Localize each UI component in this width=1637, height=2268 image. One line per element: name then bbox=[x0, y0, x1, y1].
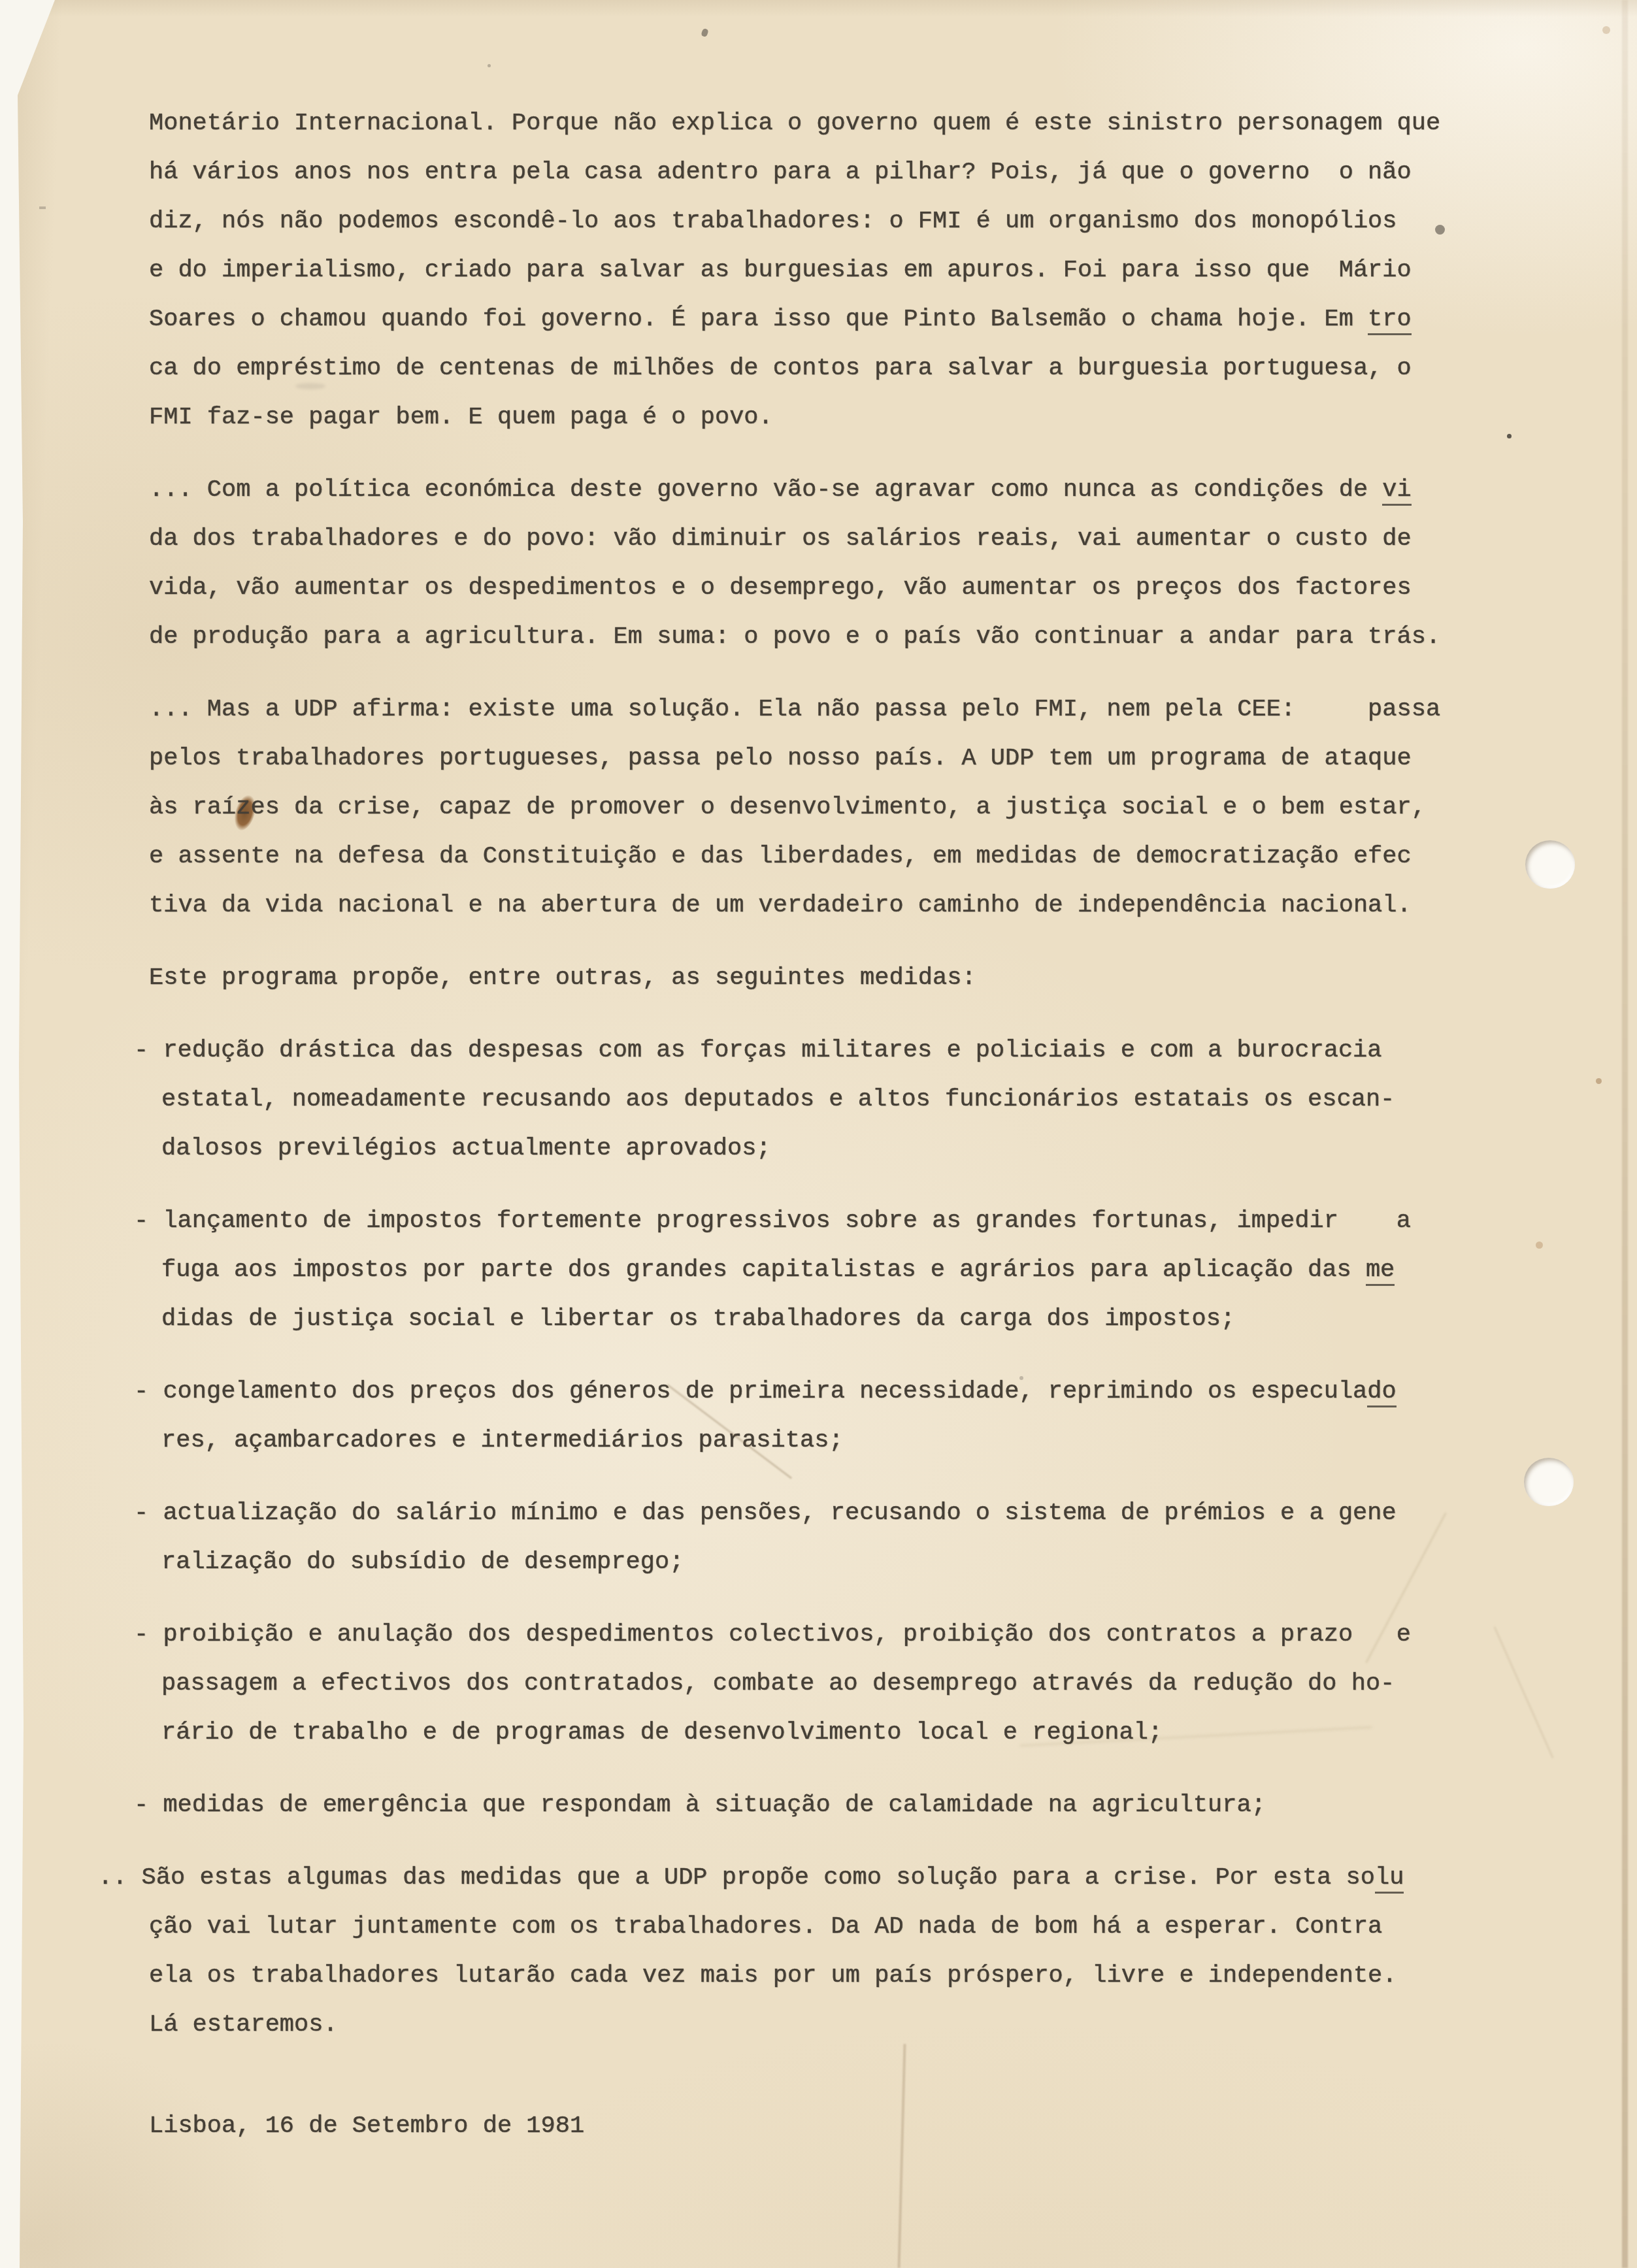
text-line: ralização do subsídio de desemprego; bbox=[161, 1538, 1515, 1587]
underlined-syllable: do bbox=[1367, 1378, 1396, 1407]
bullet-item: - redução drástica das despesas com as f… bbox=[149, 1027, 1515, 1174]
pencil-mark bbox=[39, 206, 46, 209]
typewritten-text: Monetário Internacional. Porque não expl… bbox=[149, 99, 1515, 2151]
text-line: .. São estas algumas das medidas que a U… bbox=[98, 1854, 1515, 1903]
text-line: vida, vão aumentar os despedimentos e o … bbox=[149, 564, 1515, 613]
underlined-syllable: lu bbox=[1375, 1864, 1404, 1894]
paragraph: .. São estas algumas das medidas que a U… bbox=[149, 1854, 1515, 2050]
text-line: e do imperialismo, criado para salvar as… bbox=[149, 246, 1515, 295]
paper-sheet: Monetário Internacional. Porque não expl… bbox=[0, 0, 1637, 2268]
bullet-item: - lançamento de impostos fortemente prog… bbox=[149, 1197, 1515, 1344]
paper-speck bbox=[701, 28, 709, 37]
text-line: - proibição e anulação dos despedimentos… bbox=[134, 1611, 1515, 1660]
underlined-syllable: vi bbox=[1382, 476, 1411, 506]
scanned-document: { "page": { "scanner_background": "#f8f6… bbox=[0, 0, 1637, 2268]
rust-speck bbox=[1602, 26, 1610, 34]
bullet-item: - actualização do salário mínimo e das p… bbox=[149, 1489, 1515, 1587]
text-line: passagem a efectivos dos contratados, co… bbox=[161, 1660, 1515, 1709]
text-line: ca do empréstimo de centenas de milhões … bbox=[149, 344, 1515, 393]
text-line: ... Com a política económica deste gover… bbox=[149, 466, 1515, 515]
paragraph: Este programa propõe, entre outras, as s… bbox=[149, 954, 1515, 1003]
rust-speck bbox=[1596, 1078, 1602, 1084]
text-line: Lá estaremos. bbox=[149, 2001, 1515, 2050]
text-line: pelos trabalhadores portugueses, passa p… bbox=[149, 734, 1515, 783]
underlined-syllable: tro bbox=[1368, 306, 1412, 335]
text-line: fuga aos impostos por parte dos grandes … bbox=[161, 1246, 1515, 1295]
underlined-syllable: me bbox=[1366, 1257, 1395, 1286]
paper-speck bbox=[488, 64, 491, 67]
text-line: às raízes da crise, capaz de promover o … bbox=[149, 783, 1515, 832]
dateline: Lisboa, 16 de Setembro de 1981 bbox=[149, 2102, 1515, 2151]
paragraph: ... Com a política económica deste gover… bbox=[149, 466, 1515, 662]
rust-speck bbox=[1536, 1241, 1543, 1249]
text-line: diz, nós não podemos escondê-lo aos trab… bbox=[149, 197, 1515, 246]
bullet-item: - medidas de emergência que respondam à … bbox=[149, 1781, 1515, 1830]
text-blocks: Monetário Internacional. Porque não expl… bbox=[149, 99, 1515, 2050]
text-line: - congelamento dos preços dos géneros de… bbox=[134, 1368, 1515, 1417]
text-line: ... Mas a UDP afirma: existe uma solução… bbox=[149, 685, 1515, 734]
text-line: ela os trabalhadores lutarão cada vez ma… bbox=[149, 1952, 1515, 2001]
bullet-item: - proibição e anulação dos despedimentos… bbox=[149, 1611, 1515, 1758]
text-line: Este programa propõe, entre outras, as s… bbox=[149, 954, 1515, 1003]
text-line: res, açambarcadores e intermediários par… bbox=[161, 1417, 1515, 1466]
hole-punch-bottom bbox=[1524, 1458, 1574, 1506]
text-line: estatal, nomeadamente recusando aos depu… bbox=[161, 1076, 1515, 1125]
text-line: dalosos previlégios actualmente aprovado… bbox=[161, 1125, 1515, 1174]
text-line: tiva da vida nacional e na abertura de u… bbox=[149, 881, 1515, 930]
paragraph: Monetário Internacional. Porque não expl… bbox=[149, 99, 1515, 442]
text-line: - actualização do salário mínimo e das p… bbox=[134, 1489, 1515, 1538]
hole-punch-top bbox=[1525, 840, 1575, 889]
text-line: FMI faz-se pagar bem. E quem paga é o po… bbox=[149, 393, 1515, 442]
text-line: - redução drástica das despesas com as f… bbox=[134, 1027, 1515, 1076]
text-line: de produção para a agricultura. Em suma:… bbox=[149, 613, 1515, 662]
text-line: Soares o chamou quando foi governo. É pa… bbox=[149, 295, 1515, 344]
text-line: - lançamento de impostos fortemente prog… bbox=[134, 1197, 1515, 1246]
text-line: Monetário Internacional. Porque não expl… bbox=[149, 99, 1515, 148]
text-line: - medidas de emergência que respondam à … bbox=[134, 1781, 1515, 1830]
bullet-item: - congelamento dos preços dos géneros de… bbox=[149, 1368, 1515, 1466]
text-line: há vários anos nos entra pela casa adent… bbox=[149, 148, 1515, 197]
text-line: didas de justiça social e libertar os tr… bbox=[161, 1295, 1515, 1344]
text-line: ção vai lutar juntamente com os trabalha… bbox=[149, 1903, 1515, 1952]
text-line: e assente na defesa da Constituição e da… bbox=[149, 832, 1515, 881]
fold-crease-right bbox=[1622, 0, 1628, 2268]
text-line: da dos trabalhadores e do povo: vão dimi… bbox=[149, 515, 1515, 564]
paragraph: ... Mas a UDP afirma: existe uma solução… bbox=[149, 685, 1515, 930]
text-line: rário de trabalho e de programas de dese… bbox=[161, 1709, 1515, 1758]
